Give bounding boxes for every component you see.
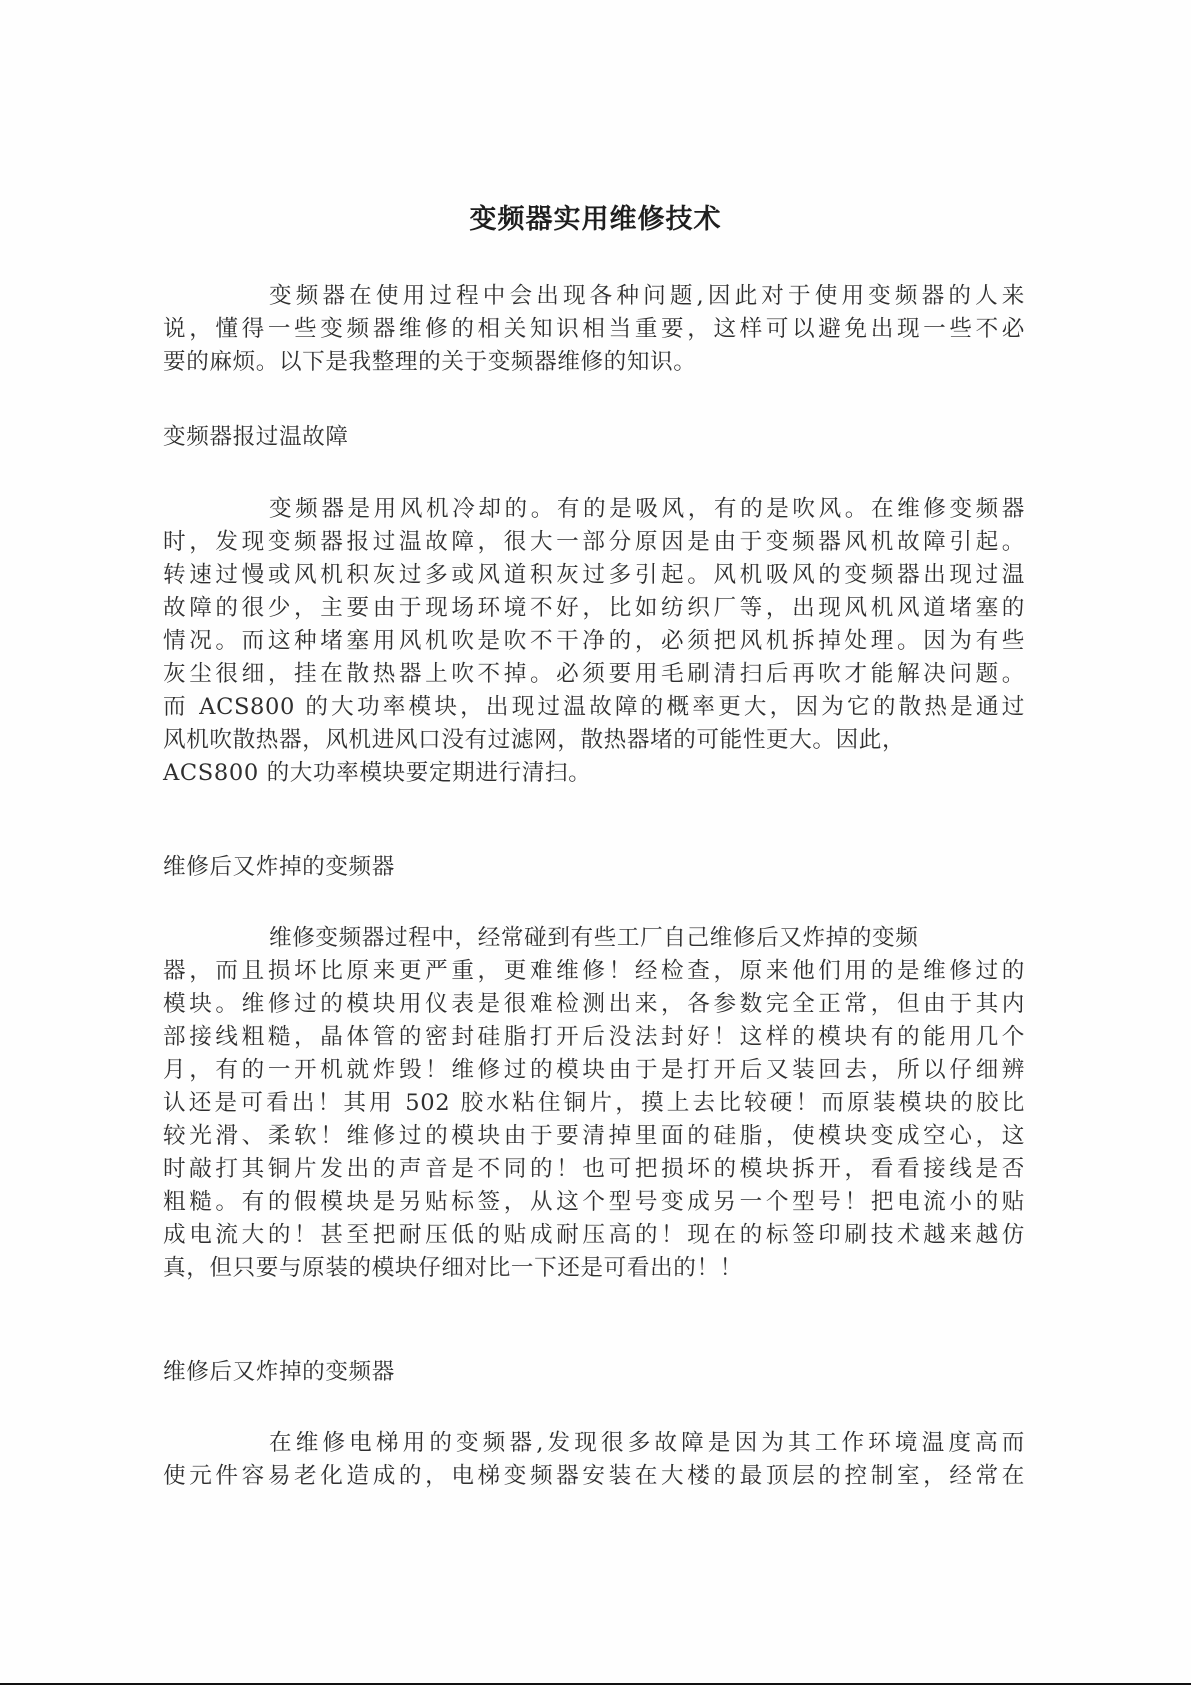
text-line: 时敲打其铜片发出的声音是不同的！也可把损坏的模块拆开，看看接线是否	[163, 1153, 1025, 1186]
text-line: 使元件容易老化造成的，电梯变频器安装在大楼的最顶层的控制室，经常在	[163, 1460, 1025, 1493]
text-line: 风机吹散热器，风机进风口没有过滤网，散热器堵的可能性更大。因此，	[163, 724, 1025, 757]
text-line: 成电流大的！甚至把耐压低的贴成耐压高的！现在的标签印刷技术越来越仿	[163, 1219, 1025, 1252]
document-title: 变频器实用维修技术	[0, 202, 1191, 238]
section-heading-repaired-blowup: 维修后又炸掉的变频器	[163, 851, 395, 884]
text-line: 器，而且损坏比原来更严重，更难维修！经检查，原来他们用的是维修过的	[163, 955, 1025, 988]
text-line: 而 ACS800 的大功率模块，出现过温故障的概率更大，因为它的散热是通过	[163, 691, 1025, 724]
text-line: 月，有的一开机就炸毁！维修过的模块由于是打开后又装回去，所以仔细辨	[163, 1054, 1025, 1087]
text-line: 要的麻烦。以下是我整理的关于变频器维修的知识。	[163, 346, 1025, 379]
text-line: 说，懂得一些变频器维修的相关知识相当重要，这样可以避免出现一些不必	[163, 313, 1025, 346]
text-line: ACS800 的大功率模块要定期进行清扫。	[163, 757, 1025, 790]
text-line: 时，发现变频器报过温故障，很大一部分原因是由于变频器风机故障引起。	[163, 526, 1025, 559]
text-line: 粗糙。有的假模块是另贴标签，从这个型号变成另一个型号！把电流小的贴	[163, 1186, 1025, 1219]
text-line: 变频器是用风机冷却的。有的是吸风，有的是吹风。在维修变频器	[163, 493, 1025, 526]
text-line: 认还是可看出！其用 502 胶水粘住铜片，摸上去比较硬！而原装模块的胶比	[163, 1087, 1025, 1120]
text-line: 维修变频器过程中，经常碰到有些工厂自己维修后又炸掉的变频	[163, 922, 1025, 955]
text-line: 较光滑、柔软！维修过的模块由于要清掉里面的硅脂，使模块变成空心，这	[163, 1120, 1025, 1153]
text-line: 在维修电梯用的变频器,发现很多故障是因为其工作环境温度高而	[163, 1427, 1025, 1460]
section-heading-elevator: 维修后又炸掉的变频器	[163, 1356, 395, 1389]
text-line: 变频器在使用过程中会出现各种问题,因此对于使用变频器的人来	[163, 280, 1025, 313]
paragraph-elevator: 在维修电梯用的变频器,发现很多故障是因为其工作环境温度高而 使元件容易老化造成的…	[163, 1427, 1025, 1493]
text-line: 灰尘很细，挂在散热器上吹不掉。必须要用毛刷清扫后再吹才能解决问题。	[163, 658, 1025, 691]
paragraph-repaired-modules: 维修变频器过程中，经常碰到有些工厂自己维修后又炸掉的变频 器，而且损坏比原来更严…	[163, 922, 1025, 1285]
paragraph-overheat: 变频器是用风机冷却的。有的是吸风，有的是吹风。在维修变频器 时，发现变频器报过温…	[163, 493, 1025, 790]
text-line: 模块。维修过的模块用仪表是很难检测出来，各参数完全正常，但由于其内	[163, 988, 1025, 1021]
text-line: 部接线粗糙，晶体管的密封硅脂打开后没法封好！这样的模块有的能用几个	[163, 1021, 1025, 1054]
document-page: 变频器实用维修技术 变频器在使用过程中会出现各种问题,因此对于使用变频器的人来 …	[0, 0, 1191, 1683]
text-line: 情况。而这种堵塞用风机吹是吹不干净的，必须把风机拆掉处理。因为有些	[163, 625, 1025, 658]
text-line: 转速过慢或风机积灰过多或风道积灰过多引起。风机吸风的变频器出现过温	[163, 559, 1025, 592]
text-line: 故障的很少，主要由于现场环境不好，比如纺织厂等，出现风机风道堵塞的	[163, 592, 1025, 625]
section-heading-overheat: 变频器报过温故障	[163, 421, 349, 454]
text-line: 真，但只要与原装的模块仔细对比一下还是可看出的！！	[163, 1252, 1025, 1285]
paragraph-intro: 变频器在使用过程中会出现各种问题,因此对于使用变频器的人来 说，懂得一些变频器维…	[163, 280, 1025, 379]
